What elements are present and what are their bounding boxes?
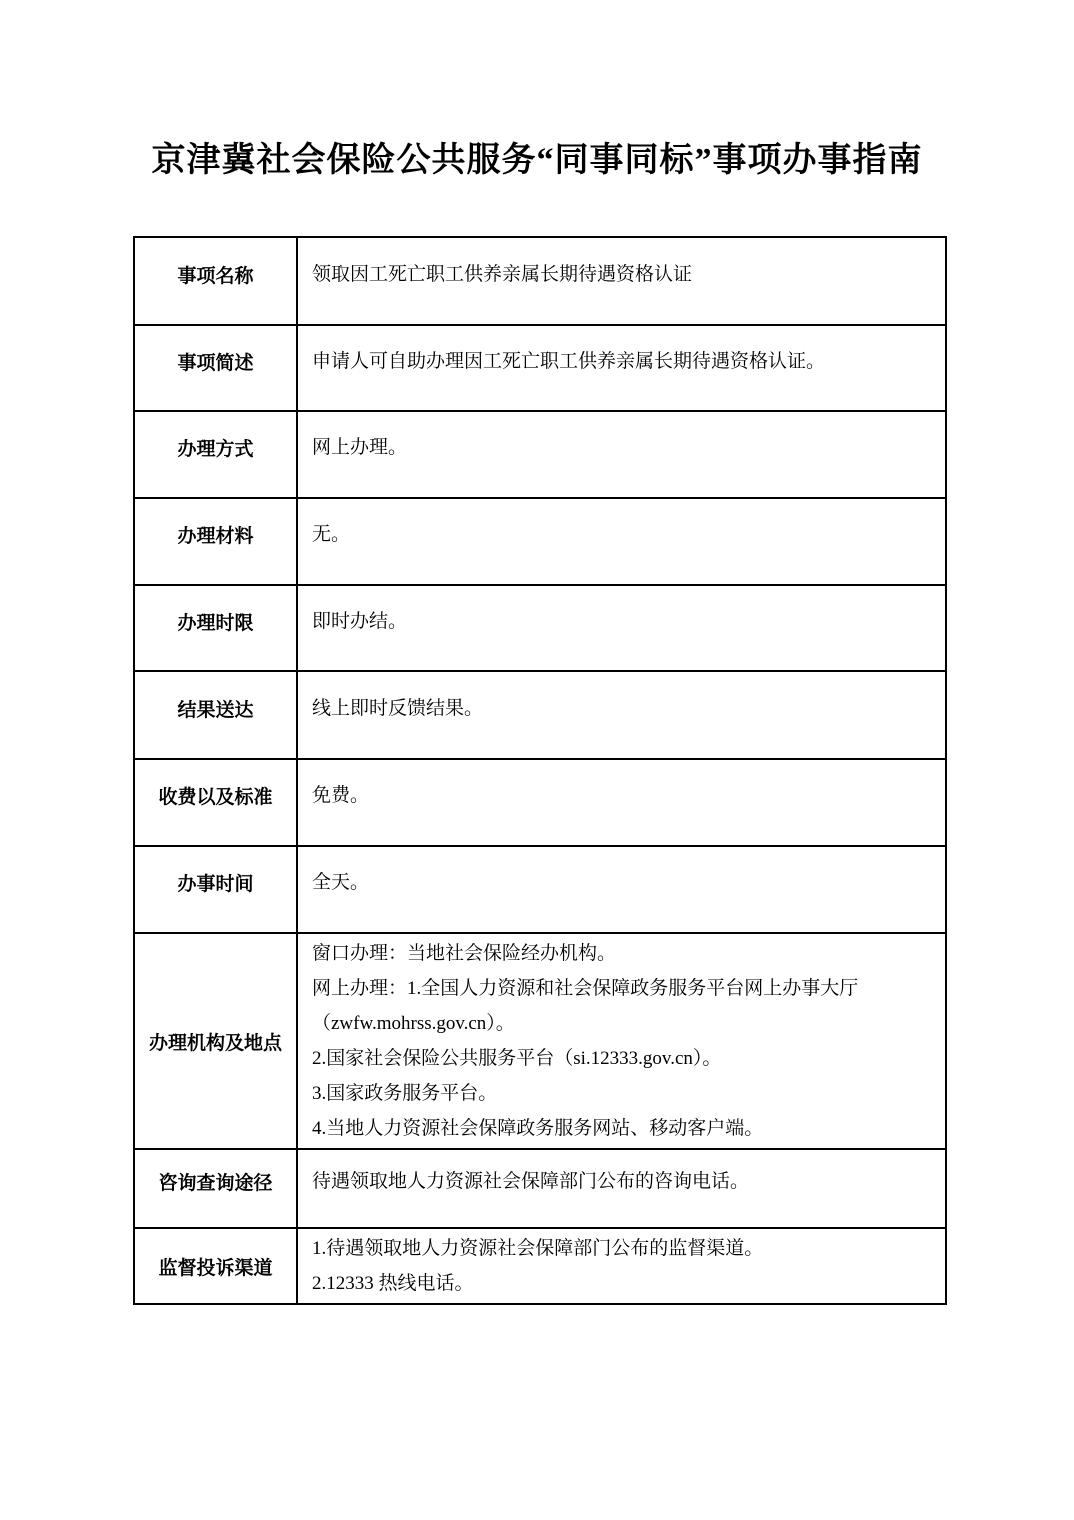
row-label: 办理机构及地点 xyxy=(149,1033,282,1054)
content-line: 待遇领取地人力资源社会保障部门公布的咨询电话。 xyxy=(312,1164,931,1199)
row-label-cell: 办理机构及地点 xyxy=(134,933,297,1149)
content-line: 2.国家社会保险公共服务平台（si.12333.gov.cn）。 xyxy=(312,1041,931,1076)
content-line: 即时办结。 xyxy=(312,604,931,639)
content-line: 免费。 xyxy=(312,778,931,813)
row-label-cell: 结果送达 xyxy=(134,671,297,759)
content-line: 2.12333 热线电话。 xyxy=(312,1266,931,1301)
table-row: 办理时限 即时办结。 xyxy=(134,585,946,671)
table-row: 结果送达 线上即时反馈结果。 xyxy=(134,671,946,759)
row-label: 咨询查询途径 xyxy=(158,1173,272,1194)
row-label-cell: 收费以及标准 xyxy=(134,759,297,846)
row-content-cell: 领取因工死亡职工供养亲属长期待遇资格认证 xyxy=(297,237,946,325)
row-label-cell: 事项简述 xyxy=(134,325,297,411)
table-row: 办理材料 无。 xyxy=(134,498,946,585)
content-line: 网上办理。 xyxy=(312,430,931,465)
row-label-cell: 事项名称 xyxy=(134,237,297,325)
content-line: 窗口办理：当地社会保险经办机构。 xyxy=(312,936,931,971)
row-label-cell: 办事时间 xyxy=(134,846,297,933)
content-line: 4.当地人力资源社会保障政务服务网站、移动客户端。 xyxy=(312,1111,931,1146)
content-line: 领取因工死亡职工供养亲属长期待遇资格认证 xyxy=(312,257,931,292)
row-label: 事项名称 xyxy=(177,266,253,287)
content-line: （zwfw.mohrss.gov.cn）。 xyxy=(312,1006,931,1041)
row-label: 办事时间 xyxy=(177,874,253,895)
row-label: 监督投诉渠道 xyxy=(158,1258,272,1279)
row-content-cell: 全天。 xyxy=(297,846,946,933)
row-label: 收费以及标准 xyxy=(158,787,272,808)
content-line: 3.国家政务服务平台。 xyxy=(312,1076,931,1111)
row-label-cell: 监督投诉渠道 xyxy=(134,1228,297,1304)
row-content-cell: 待遇领取地人力资源社会保障部门公布的咨询电话。 xyxy=(297,1149,946,1228)
row-content-cell: 线上即时反馈结果。 xyxy=(297,671,946,759)
row-content-cell: 1.待遇领取地人力资源社会保障部门公布的监督渠道。2.12333 热线电话。 xyxy=(297,1228,946,1304)
row-label: 事项简述 xyxy=(177,353,253,374)
table-row: 收费以及标准 免费。 xyxy=(134,759,946,846)
row-content-cell: 即时办结。 xyxy=(297,585,946,671)
content-line: 网上办理：1.全国人力资源和社会保障政务服务平台网上办事大厅 xyxy=(312,971,931,1006)
table-row: 事项名称 领取因工死亡职工供养亲属长期待遇资格认证 xyxy=(134,237,946,325)
content-line: 1.待遇领取地人力资源社会保障部门公布的监督渠道。 xyxy=(312,1231,931,1266)
guide-table-body: 事项名称 领取因工死亡职工供养亲属长期待遇资格认证 事项简述 申请人可自助办理因… xyxy=(134,237,946,1304)
row-label-cell: 办理时限 xyxy=(134,585,297,671)
row-label: 结果送达 xyxy=(177,700,253,721)
row-content-cell: 申请人可自助办理因工死亡职工供养亲属长期待遇资格认证。 xyxy=(297,325,946,411)
row-label: 办理方式 xyxy=(177,439,253,460)
table-row: 咨询查询途径 待遇领取地人力资源社会保障部门公布的咨询电话。 xyxy=(134,1149,946,1228)
row-content-cell: 网上办理。 xyxy=(297,411,946,498)
table-row: 办理机构及地点 窗口办理：当地社会保险经办机构。网上办理：1.全国人力资源和社会… xyxy=(134,933,946,1149)
content-line: 无。 xyxy=(312,517,931,552)
row-content-cell: 免费。 xyxy=(297,759,946,846)
content-line: 线上即时反馈结果。 xyxy=(312,691,931,726)
row-label-cell: 办理材料 xyxy=(134,498,297,585)
content-line: 全天。 xyxy=(312,865,931,900)
content-line: 申请人可自助办理因工死亡职工供养亲属长期待遇资格认证。 xyxy=(312,344,931,379)
guide-table: 事项名称 领取因工死亡职工供养亲属长期待遇资格认证 事项简述 申请人可自助办理因… xyxy=(133,236,947,1305)
row-label: 办理材料 xyxy=(177,526,253,547)
row-label-cell: 咨询查询途径 xyxy=(134,1149,297,1228)
page-title: 京津冀社会保险公共服务“同事同标”事项办事指南 xyxy=(0,141,1074,182)
table-row: 办理方式 网上办理。 xyxy=(134,411,946,498)
table-row: 办事时间 全天。 xyxy=(134,846,946,933)
table-row: 监督投诉渠道 1.待遇领取地人力资源社会保障部门公布的监督渠道。2.12333 … xyxy=(134,1228,946,1304)
row-content-cell: 窗口办理：当地社会保险经办机构。网上办理：1.全国人力资源和社会保障政务服务平台… xyxy=(297,933,946,1149)
row-label-cell: 办理方式 xyxy=(134,411,297,498)
table-row: 事项简述 申请人可自助办理因工死亡职工供养亲属长期待遇资格认证。 xyxy=(134,325,946,411)
row-label: 办理时限 xyxy=(177,613,253,634)
row-content-cell: 无。 xyxy=(297,498,946,585)
